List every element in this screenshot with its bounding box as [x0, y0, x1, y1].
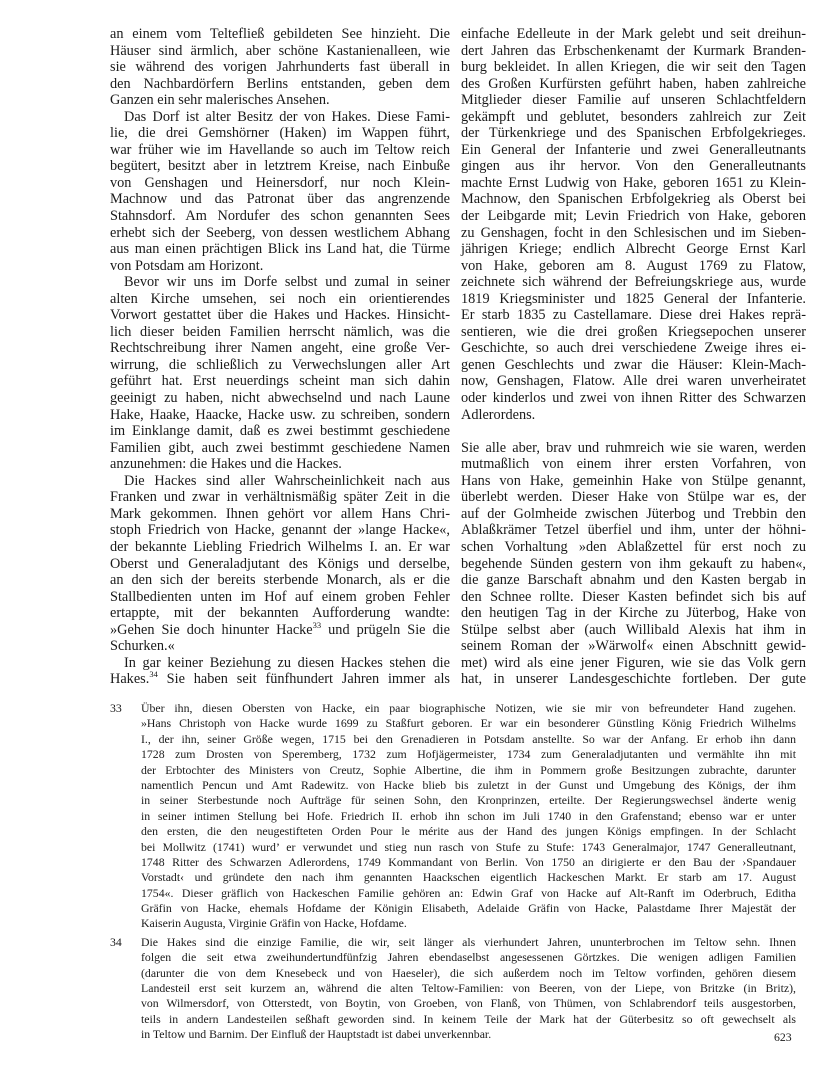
- text-line: des Großen Kurfürsten geführt haben, hab…: [461, 76, 806, 93]
- text-line: stoph Friedrich von Hacke, genannt der »…: [110, 522, 450, 539]
- text-line: die ganze Barschaft abnahm und den Kaste…: [461, 572, 806, 589]
- footnote-line: der Erbtochter des Ministers von Creutz,…: [141, 763, 796, 778]
- text-line: machte Ernst Ludwig von Hake, geboren 16…: [461, 175, 806, 192]
- footnote-line: I., der ihn, seiner Größe wegen, 1715 be…: [141, 732, 796, 747]
- text-line: im Einklange damit, daß es zwei bestimmt…: [110, 423, 450, 440]
- text-line: von Potsdam am Horizont.: [110, 258, 450, 275]
- text-line: 1819 Kriegsminister und 1825 General der…: [461, 291, 806, 308]
- text-line: ertappte, mit der bekannten Aufforderung…: [110, 605, 450, 622]
- text-line: Schurken.«: [110, 638, 450, 655]
- text-line: Vorwort gestattet über die Hakes und Hac…: [110, 307, 450, 324]
- text-line: Machnow und das Patronat über das angren…: [110, 191, 450, 208]
- footnote-line: 1748 Ritter des Schwarzen Adlerordens, 1…: [141, 855, 796, 870]
- footnote-line: »Hans Christoph von Hacke wurde 1699 zu …: [141, 716, 796, 731]
- text-line: Ein General der Infanterie und zwei Gene…: [461, 142, 806, 159]
- text-line: met) wird als eine jener Figuren, wie si…: [461, 655, 806, 672]
- paragraph: Sie alle aber, brav und ruhmreich wie si…: [461, 440, 806, 688]
- text-line: aus man einen prächtigen Blick ins Land …: [110, 241, 450, 258]
- footnote-line: folgen die seit etwa zweihundertundfünfz…: [141, 950, 796, 965]
- text-line: oder kinderlos und zwei von ihnen Ritter…: [461, 390, 806, 407]
- text-line: geeinigt zu haben, nicht abwechselnd und…: [110, 390, 450, 407]
- text-line: der Leibgarde mit; Levin Friedrich von H…: [461, 208, 806, 225]
- footnote-line: in seiner intimen Stellung bei Hofe. Fri…: [141, 809, 796, 824]
- text-line: sie während des vorigen Jahrhunderts fas…: [110, 59, 450, 76]
- text-run: »Gehen Sie doch hinunter Hacke: [110, 622, 313, 638]
- text-line: gingen aus ihr hervor. Von den Generalle…: [461, 158, 806, 175]
- text-line: Machnow, den Spanischen Erbfolgekrieg al…: [461, 191, 806, 208]
- paragraph: an einem vom Teltefließ gebildeten See h…: [110, 26, 450, 109]
- text-line: mutmaßlich von einem ihrer ersten Vorfah…: [461, 456, 806, 473]
- text-line: seinem Roman der »Wärwolf« einen Abschni…: [461, 638, 806, 655]
- paragraph: In gar keiner Beziehung zu diesen Hackes…: [110, 655, 450, 688]
- footnote-reference[interactable]: 34: [149, 669, 158, 679]
- text-line: alten Kirche umsehen, sei noch ein orien…: [110, 291, 450, 308]
- right-column: einfache Edelleute in der Mark gelebt un…: [461, 26, 806, 688]
- text-line: einfache Edelleute in der Mark gelebt un…: [461, 26, 806, 43]
- text-line: Stülpe selbst aber (auch Willibald Alexi…: [461, 622, 806, 639]
- text-line: überlebt werden. Dieser Hake von Stülpe …: [461, 489, 806, 506]
- text-line-with-footnote-ref: »Gehen Sie doch hinunter Hacke33 und prü…: [110, 622, 450, 639]
- footnote-line: von Wilmersdorf, von Otterstedt, von Boy…: [141, 996, 796, 1011]
- footnote-reference[interactable]: 33: [313, 620, 322, 630]
- text-line: Mark gekommen. Ihnen gehört vor allem Ha…: [110, 506, 450, 523]
- text-line: den Nachbardörfern Berlins entstanden, g…: [110, 76, 450, 93]
- text-line: anzunehmen: die Hakes und die Hackes.: [110, 456, 450, 473]
- text-line: den Schnee rollte. Dieser Kasten befinde…: [461, 589, 806, 606]
- text-line: der bekannte Liebling Friedrich Wilhelms…: [110, 539, 450, 556]
- footnote-line: namentlich Pencun und Amt Radewitz. von …: [141, 778, 796, 793]
- footnotes: 33Über ihn, diesen Obersten von Hacke, e…: [110, 701, 796, 1046]
- book-page: an einem vom Teltefließ gebildeten See h…: [0, 0, 819, 1065]
- text-line: Mitglieder dieser Familie auf unseren Sc…: [461, 92, 806, 109]
- footnote-line: bei Mollwitz (1741) wurd’ er verwundet u…: [141, 840, 796, 855]
- text-run: Hakes.: [110, 671, 149, 687]
- text-line: Das Dorf ist alter Besitz der von Hakes.…: [110, 109, 450, 126]
- footnote-33: 33Über ihn, diesen Obersten von Hacke, e…: [110, 701, 796, 932]
- text-line: now, Genshagen, Flatow. Alle drei waren …: [461, 373, 806, 390]
- footnote-number: 33: [110, 701, 122, 716]
- text-line: zeichnete sich während der Befreiungskri…: [461, 274, 806, 291]
- text-line: Stahnsdorf. Am Nordufer des schon genann…: [110, 208, 450, 225]
- text-line: erhebt sich der Seeberg, von dessen west…: [110, 225, 450, 242]
- text-line: an einem vom Teltefließ gebildeten See h…: [110, 26, 450, 43]
- text-line: Bevor wir uns im Dorfe selbst und zumal …: [110, 274, 450, 291]
- left-column: an einem vom Teltefließ gebildeten See h…: [110, 26, 450, 688]
- text-line: zu Genshagen, focht in den Schlesischen …: [461, 225, 806, 242]
- footnote-line: Landesteil erst seit kurzem an, während …: [141, 981, 796, 996]
- text-line: den heutigen Tag in der Kirche zu Jüterb…: [461, 605, 806, 622]
- footnote-line: (darunter die von dem Knesebeck und von …: [141, 966, 796, 981]
- text-line: Franken und zwar in verhältnismäßig spät…: [110, 489, 450, 506]
- text-line: jährigen Kriege; endlich Albrecht George…: [461, 241, 806, 258]
- footnote-line: den ersten, die den neugestifteten Orden…: [141, 824, 796, 839]
- text-run: und prügeln Sie die: [321, 622, 450, 638]
- text-line: Ganzen ein sehr malerisches Ansehen.: [110, 92, 450, 109]
- text-line: von Genshagen und Heinersdorf, nur noch …: [110, 175, 450, 192]
- footnote-number: 34: [110, 935, 122, 950]
- text-line: lich dieser beiden Familien herrscht näm…: [110, 324, 450, 341]
- text-run: Sie haben seit fünfhundert Jahren immer …: [158, 671, 450, 687]
- text-line: hat, in unserer Landesgeschichte fortleb…: [461, 671, 806, 688]
- footnote-line: Die Hakes sind die einzige Familie, die …: [141, 935, 796, 950]
- text-line: genen Geschlechts und zwar die Häuser: K…: [461, 357, 806, 374]
- text-line: In gar keiner Beziehung zu diesen Hackes…: [110, 655, 450, 672]
- text-line: Stallbedienten unten im Hof auf einem gr…: [110, 589, 450, 606]
- paragraph: Die Hackes sind aller Wahrscheinlichkeit…: [110, 473, 450, 655]
- text-line: sentieren, wie die drei großen Kriegsepo…: [461, 324, 806, 341]
- text-line: Hans von Hake, gemeinhin Hake von Stülpe…: [461, 473, 806, 490]
- footnote-line: Vorstadt‹ und gründete den nach ihm gena…: [141, 870, 796, 885]
- text-line: Geschichte, so auch drei verschiedene Zw…: [461, 340, 806, 357]
- footnote-line: in seiner Sterbestunde noch Aufträge für…: [141, 793, 796, 808]
- text-line: burg bekleidet. In allen Kriegen, die wi…: [461, 59, 806, 76]
- footnote-line: Gräfin von Hacke, ehemals Hofdame der Kö…: [141, 901, 796, 916]
- footnote-line: teils in andern Landesteilen seßhaft gew…: [141, 1012, 796, 1027]
- page-number: 623: [774, 1030, 792, 1045]
- paragraph: Das Dorf ist alter Besitz der von Hakes.…: [110, 109, 450, 274]
- text-line: Sie alle aber, brav und ruhmreich wie si…: [461, 440, 806, 457]
- text-line: begehende Sünden gestern von ihm gekauft…: [461, 556, 806, 573]
- footnote-34: 34Die Hakes sind die einzige Familie, di…: [110, 935, 796, 1043]
- text-line: lie, die drei Gemshörner (Haken) im Wapp…: [110, 125, 450, 142]
- text-line: wirrung, die schließlich zu Verwechslung…: [110, 357, 450, 374]
- text-line: gekämpft und geblutet, besonders zahlrei…: [461, 109, 806, 126]
- footnote-line: in Teltow und Barnim. Der Einfluß der Ha…: [141, 1027, 796, 1042]
- footnote-line: 1728 zum Drosten von Speremberg, 1732 zu…: [141, 747, 796, 762]
- body-text: an einem vom Teltefließ gebildeten See h…: [110, 26, 806, 686]
- footnote-line: 1754«. Dieser gräflich von Hackeschen Fa…: [141, 886, 796, 901]
- text-line: Rechtschreibung ihrer Namen angeht, eine…: [110, 340, 450, 357]
- text-line: Ablaßkrämer Tetzel überfiel und ihm, unt…: [461, 522, 806, 539]
- text-line: war früher wie im Havellande so auch im …: [110, 142, 450, 159]
- paragraph: einfache Edelleute in der Mark gelebt un…: [461, 26, 806, 423]
- text-line: auf der Golmheide zwischen Jüterbog und …: [461, 506, 806, 523]
- text-line: Adlerordens.: [461, 407, 806, 424]
- text-line: Häuser sind ärmlich, aber schöne Kastani…: [110, 43, 450, 60]
- text-line-with-footnote-ref: Hakes.34 Sie haben seit fünfhundert Jahr…: [110, 671, 450, 688]
- text-line: der Türkenkriege und des Spanischen Erbf…: [461, 125, 806, 142]
- text-line: dert Jahren das Erbschenkenamt der Kurma…: [461, 43, 806, 60]
- text-line: Familien gibt, auch zwei bestimmt geschi…: [110, 440, 450, 457]
- text-line: geführt hat. Erst neuerdings scheint man…: [110, 373, 450, 390]
- footnote-line: Über ihn, diesen Obersten von Hacke, ein…: [141, 701, 796, 716]
- text-line: begütert, besitzt aber in letztrem Kreis…: [110, 158, 450, 175]
- text-line: Oberst und Generaladjutant des Königs un…: [110, 556, 450, 573]
- footnote-line: Kaiserin Augusta, Virginie Gräfin von Ha…: [141, 916, 796, 931]
- text-line: an den sich der bereits sterbende Monarc…: [110, 572, 450, 589]
- text-line: Hake, Haake, Haacke, Hacke usw. zu schre…: [110, 407, 450, 424]
- text-line: Die Hackes sind aller Wahrscheinlichkeit…: [110, 473, 450, 490]
- paragraph-gap: [461, 423, 806, 440]
- text-line: von Hake, geboren am 8. August 1769 zu F…: [461, 258, 806, 275]
- paragraph: Bevor wir uns im Dorfe selbst und zumal …: [110, 274, 450, 473]
- text-line: Er starb 1835 zu Castellamare. Diese dre…: [461, 307, 806, 324]
- text-line: schen Vorhaltung »den Ablaßzettel für er…: [461, 539, 806, 556]
